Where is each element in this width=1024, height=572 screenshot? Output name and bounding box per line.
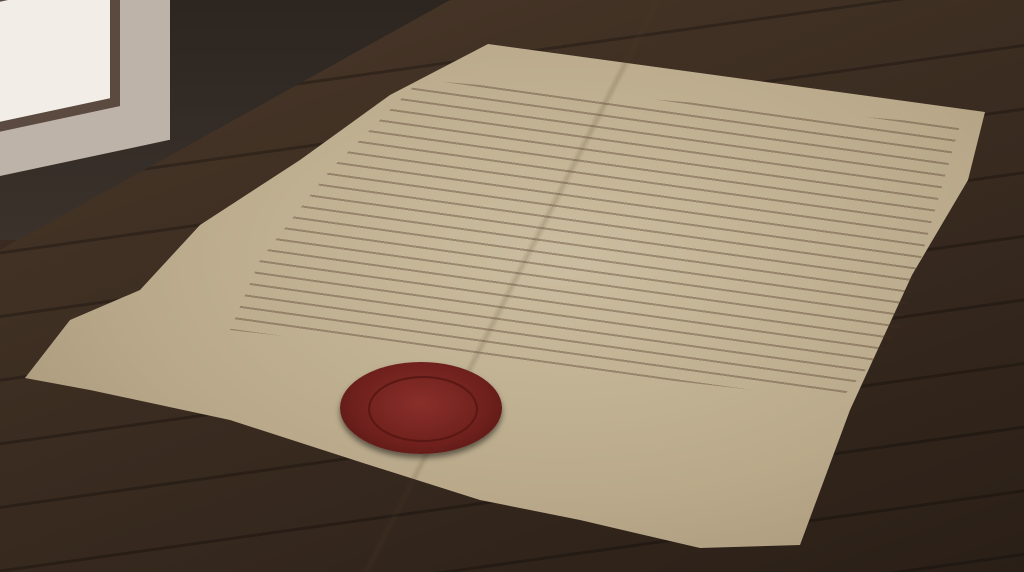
seal-emblem <box>368 376 478 442</box>
wax-seal <box>340 362 502 454</box>
photo-scene: Aged parchment document with handwritten… <box>0 0 1024 572</box>
